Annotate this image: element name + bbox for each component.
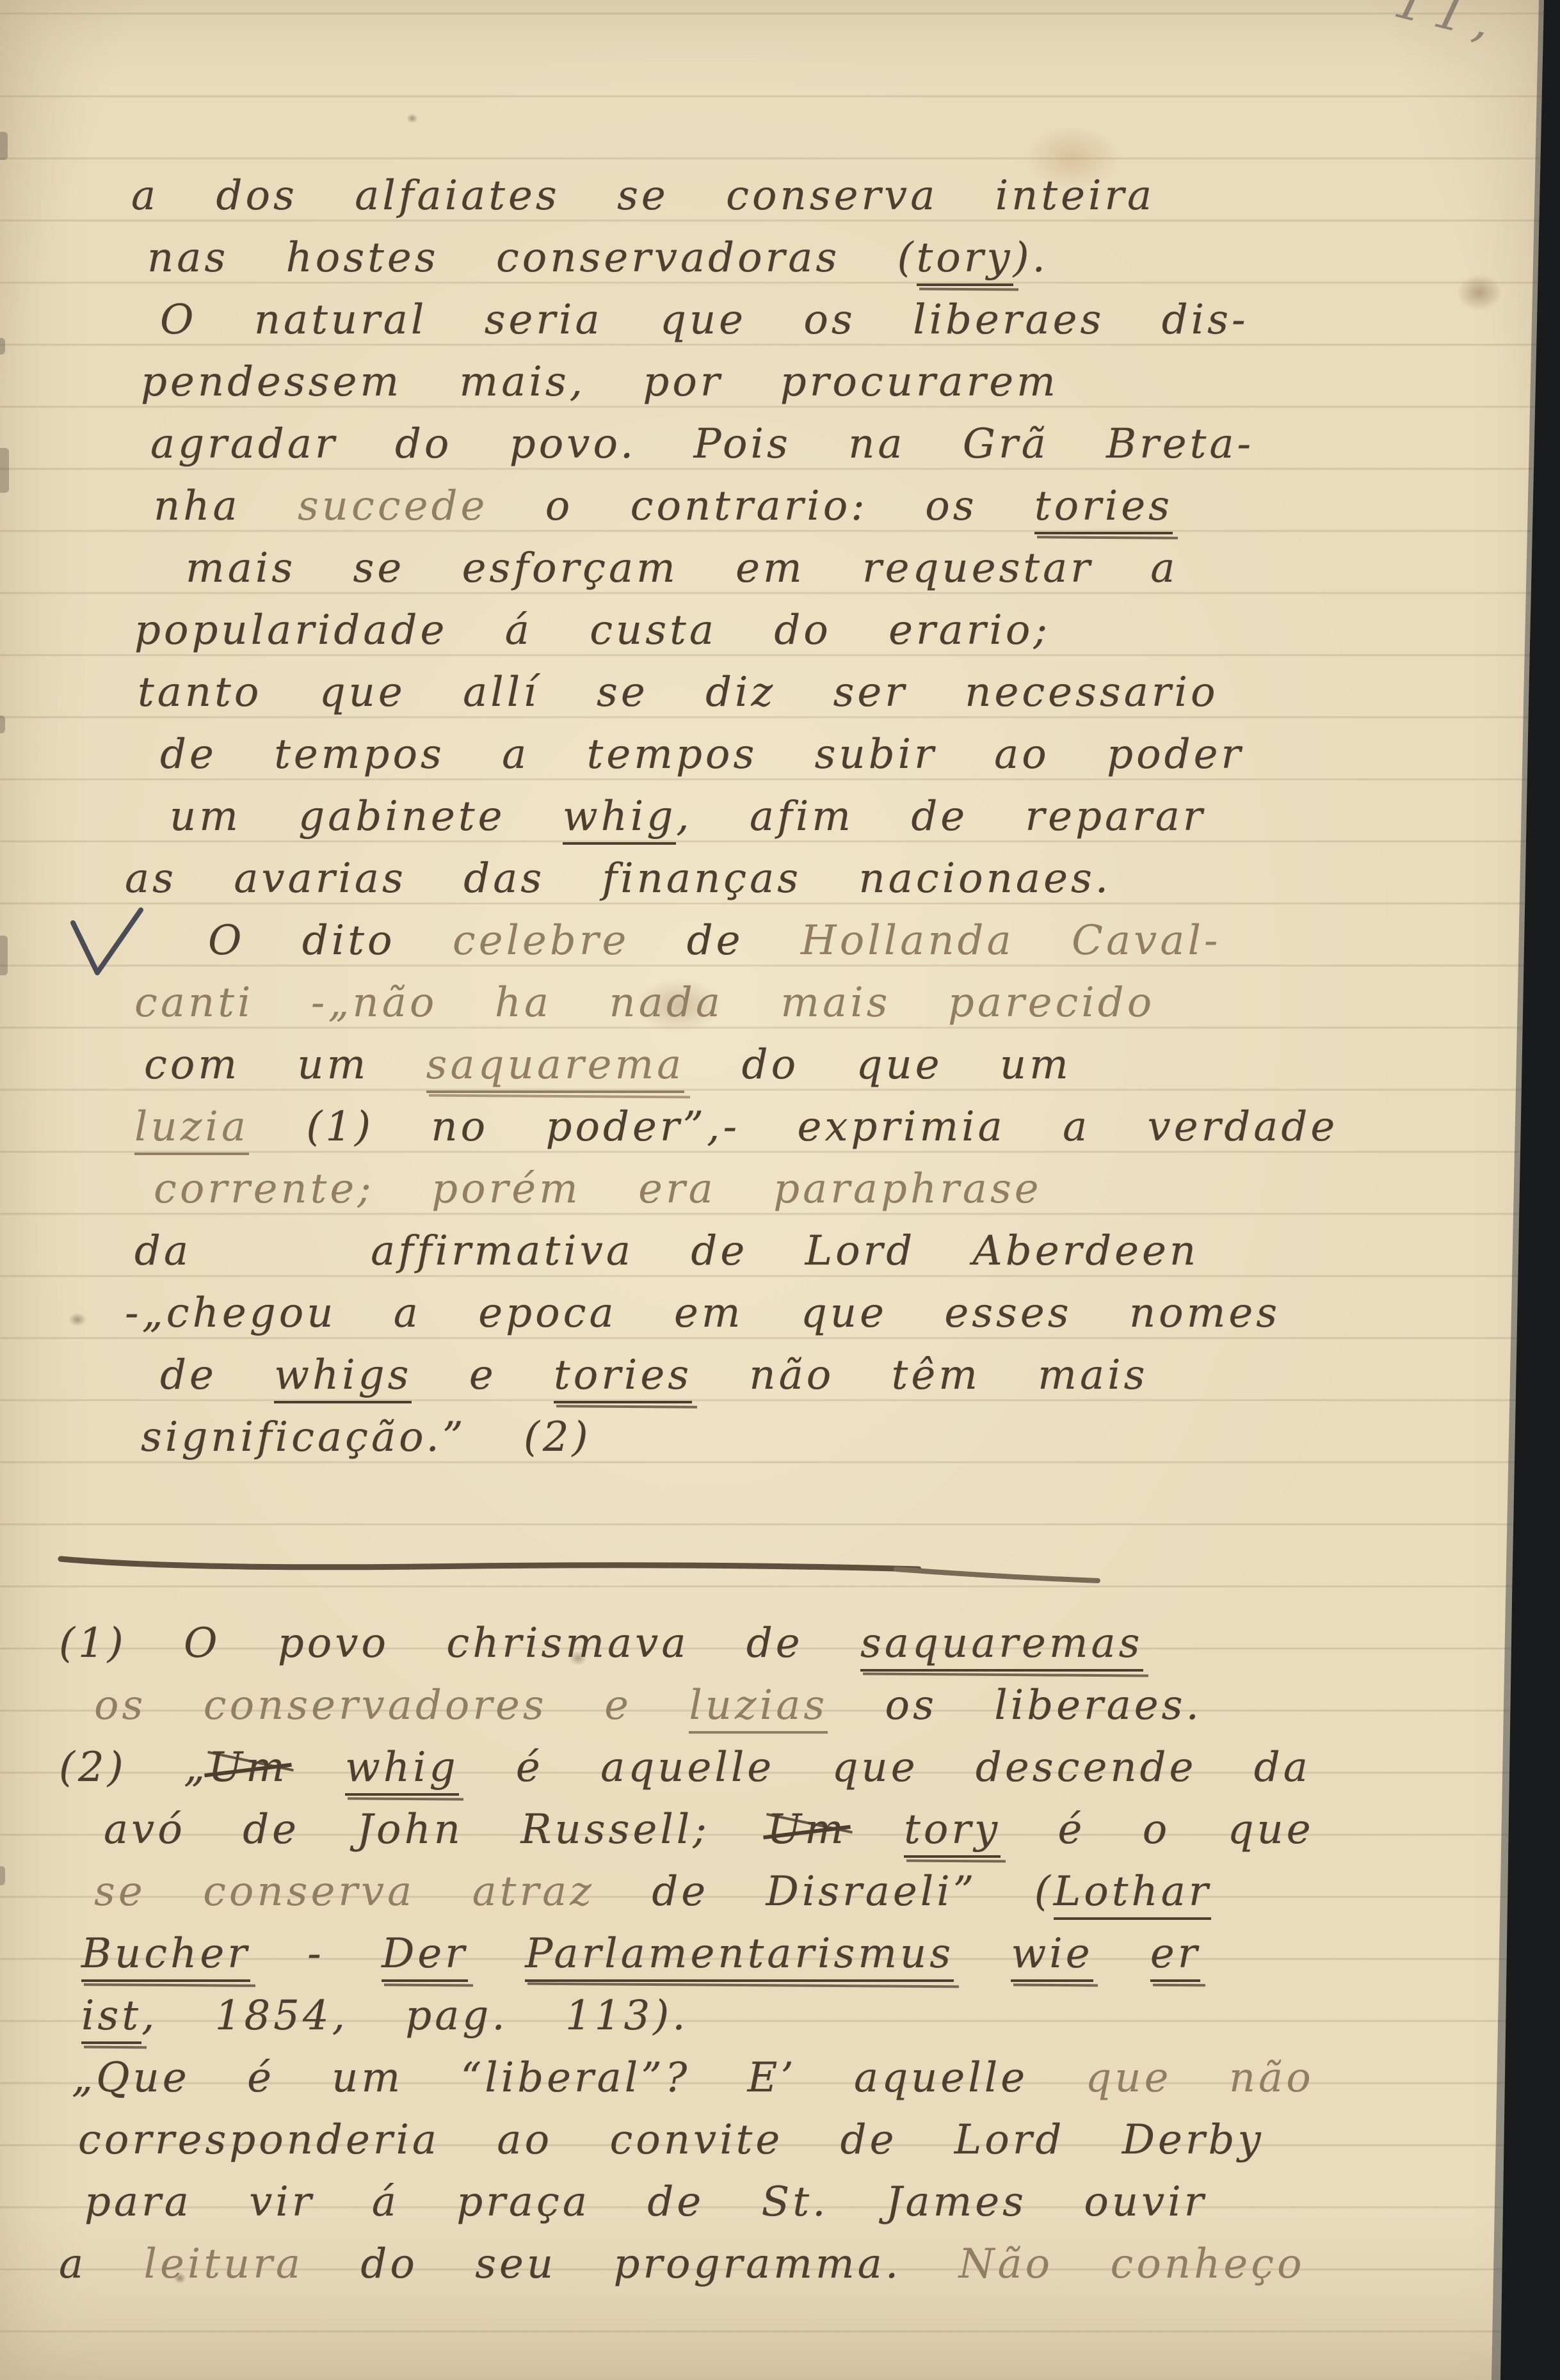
text-segment: da <box>134 1227 191 1275</box>
text-segment: (1) no poder”,- exprimia a verdade <box>249 1103 1338 1151</box>
manuscript-line: mais se esforçam em requestar a <box>125 538 1338 600</box>
text-segment: leitura <box>144 2240 304 2288</box>
text-segment: luzias <box>689 1682 828 1734</box>
text-segment: é o que <box>1001 1806 1314 1853</box>
text-segment: , 1854, pag. 113). <box>141 1992 689 2040</box>
text-segment: canti -„não ha nada mais parecido <box>134 979 1155 1026</box>
manuscript-line: (1) O povo chrismava de saquaremas <box>59 1613 1314 1675</box>
text-segment <box>288 1744 345 1791</box>
text-segment: er <box>1150 1930 1200 1982</box>
text-segment: se conserva atraz <box>94 1868 595 1915</box>
manuscript-line: se conserva atraz de Disraeli” (Lothar <box>59 1861 1314 1923</box>
text-segment: que não <box>1085 2054 1314 2102</box>
text-segment: não têm mais <box>692 1352 1148 1399</box>
text-segment: tanto que allí se diz ser necessario <box>138 669 1218 716</box>
text-segment: tories <box>1034 483 1173 534</box>
scan-edge-artifact <box>0 936 8 975</box>
text-segment <box>847 1806 904 1853</box>
text-segment: Bucher <box>81 1930 250 1982</box>
text-segment: de <box>629 917 801 964</box>
manuscript-line: os conservadores e luzias os liberaes. <box>59 1675 1314 1737</box>
manuscript-line: pendessem mais, por procurarem <box>125 351 1338 413</box>
text-segment <box>468 1930 525 1977</box>
text-segment: do seu programma. <box>303 2240 959 2288</box>
manuscript-line: O natural seria que os liberaes dis- <box>125 289 1338 351</box>
manuscript-line: nha succede o contrario: os tories <box>125 475 1338 538</box>
text-segment: Um <box>767 1806 847 1853</box>
text-segment: os conservadores e <box>94 1682 689 1729</box>
text-segment: corresponderia ao convite de Lord Derby <box>78 2116 1264 2164</box>
footnote-block: (1) O povo chrismava de saquaremasos con… <box>59 1613 1314 2296</box>
text-segment: celebre <box>453 917 630 964</box>
manuscript-line: significação.” (2) <box>125 1407 1338 1469</box>
text-segment: (1) O povo chrismava de <box>59 1620 860 1667</box>
scan-edge-artifact <box>0 448 9 493</box>
manuscript-line: -„chegou a epoca em que esses nomes <box>125 1282 1338 1345</box>
text-segment: affirmativa de Lord Aberdeen <box>371 1227 1199 1275</box>
text-segment: um gabinete <box>170 793 563 840</box>
manuscript-line: „Que é um “liberal”? E’ aquelle que não <box>59 2047 1314 2109</box>
text-segment: de tempos a tempos subir ao poder <box>160 731 1244 778</box>
text-segment: as avarias das finanças nacionaes. <box>125 855 1111 902</box>
text-segment: nha <box>154 483 298 530</box>
text-segment: pendessem mais, por procurarem <box>141 358 1059 406</box>
manuscript-line: luzia (1) no poder”,- exprimia a verdade <box>125 1096 1338 1158</box>
scan-edge-artifact <box>0 338 5 355</box>
text-segment: tory <box>904 1806 1001 1858</box>
text-segment: a <box>59 2240 144 2288</box>
scan-edge-artifact <box>0 132 8 160</box>
scan-edge-artifact <box>0 1866 5 1885</box>
manuscript-line: um gabinete whig, afim de reparar <box>125 786 1338 848</box>
text-segment: saquaremas <box>860 1620 1143 1672</box>
text-segment: de Disraeli” ( <box>595 1868 1054 1915</box>
text-segment: „Que é um “liberal”? E’ aquelle <box>72 2054 1085 2102</box>
paper-stain <box>1457 274 1502 311</box>
text-segment: tories <box>554 1352 692 1403</box>
manuscript-line: O dito celebre de Hollanda Caval- <box>125 910 1338 972</box>
text-segment: é aquelle que descende da <box>459 1744 1311 1791</box>
text-segment: whig <box>563 793 676 845</box>
text-segment: mais se esforçam em requestar a <box>186 545 1178 592</box>
manuscript-line: Bucher - Der Parlamentarismus wie er <box>59 1923 1314 1985</box>
manuscript-line: nas hostes conservadoras (tory). <box>125 227 1338 289</box>
text-segment: do que um <box>684 1041 1072 1089</box>
manuscript-line: daaffirmativa de Lord Aberdeen <box>125 1220 1338 1282</box>
manuscript-line: as avarias das finanças nacionaes. <box>125 848 1338 910</box>
manuscript-line: de tempos a tempos subir ao poder <box>125 724 1338 786</box>
manuscript-line: com um saquarema do que um <box>125 1034 1338 1096</box>
text-segment <box>1093 1930 1150 1977</box>
manuscript-line: avó de John Russell; Um tory é o que <box>59 1799 1314 1861</box>
text-segment: os liberaes. <box>828 1682 1202 1729</box>
text-segment: significação.” (2) <box>141 1414 591 1461</box>
text-segment: , afim de reparar <box>676 793 1205 840</box>
scan-edge-artifact <box>0 715 5 733</box>
text-segment: avó de John Russell; <box>104 1806 767 1853</box>
text-segment: a dos alfaiates se conserva inteira <box>131 172 1155 220</box>
text-segment: Um <box>208 1744 288 1791</box>
text-segment: - <box>250 1930 382 1977</box>
manuscript-line: canti -„não ha nada mais parecido <box>125 972 1338 1034</box>
text-segment: com um <box>144 1041 426 1089</box>
text-segment: tory <box>917 234 1013 286</box>
text-segment <box>954 1930 1011 1977</box>
text-segment: nas hostes conservadoras ( <box>147 234 917 282</box>
text-segment: whig <box>345 1744 458 1796</box>
manuscript-line: corrente; porém era paraphrase <box>125 1158 1338 1220</box>
manuscript-line: corresponderia ao convite de Lord Derby <box>59 2109 1314 2171</box>
text-segment: ). <box>1013 234 1049 282</box>
text-segment: O natural seria que os liberaes dis- <box>160 296 1249 344</box>
text-segment: succede <box>298 483 488 530</box>
text-segment: de <box>160 1352 274 1399</box>
text-segment: (2) „ <box>59 1744 208 1791</box>
manuscript-line: tanto que allí se diz ser necessario <box>125 662 1338 724</box>
body-text-block: a dos alfaiates se conserva inteiranas h… <box>125 165 1338 1469</box>
text-segment: O dito <box>208 917 453 964</box>
text-segment: luzia <box>134 1103 249 1155</box>
text-segment: popularidade á custa do erario; <box>134 607 1050 654</box>
text-segment: o contrario: os <box>488 483 1034 530</box>
text-segment: agradar do povo. Pois na Grã Breta- <box>150 420 1254 468</box>
text-segment: Lothar <box>1054 1868 1212 1920</box>
ink-speck <box>407 114 417 123</box>
text-segment: Der <box>382 1930 468 1982</box>
ink-speck <box>69 1313 86 1326</box>
text-segment: ist <box>81 1992 141 2044</box>
text-segment: whigs <box>274 1352 412 1403</box>
manuscript-line: (2) „Um whig é aquelle que descende da <box>59 1737 1314 1799</box>
text-segment: Não conheço <box>959 2240 1305 2288</box>
manuscript-line: a dos alfaiates se conserva inteira <box>125 165 1338 227</box>
text-segment: Hollanda Caval- <box>801 917 1221 964</box>
text-segment: e <box>412 1352 554 1399</box>
text-segment: saquarema <box>426 1041 685 1093</box>
text-segment: corrente; porém era paraphrase <box>154 1165 1042 1213</box>
text-segment: wie <box>1011 1930 1093 1982</box>
manuscript-line: de whigs e tories não têm mais <box>125 1345 1338 1407</box>
text-segment: para vir á praça de St. James ouvir <box>84 2178 1207 2226</box>
text-segment: -„chegou a epoca em que esses nomes <box>125 1290 1280 1337</box>
text-segment: Parlamentarismus <box>525 1930 954 1982</box>
manuscript-line: agradar do povo. Pois na Grã Breta- <box>125 413 1338 475</box>
manuscript-line: ist, 1854, pag. 113). <box>59 1985 1314 2047</box>
manuscript-line: popularidade á custa do erario; <box>125 600 1338 662</box>
manuscript-line: para vir á praça de St. James ouvir <box>59 2171 1314 2233</box>
manuscript-line: a leitura do seu programma. Não conheço <box>59 2233 1314 2296</box>
